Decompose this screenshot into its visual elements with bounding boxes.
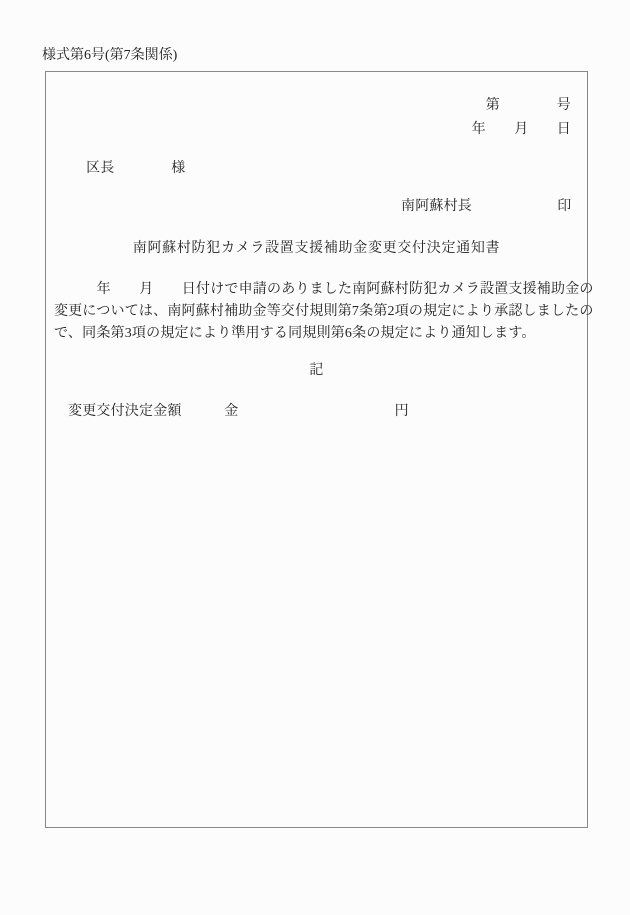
addressee-line: 区長 様 bbox=[86, 161, 185, 177]
document-title: 南阿蘇村防犯カメラ設置支援補助金変更交付決定通知書 bbox=[46, 241, 587, 257]
issuer-seal-line: 南阿蘇村長 印 bbox=[401, 199, 571, 215]
body-line-3: で、同条第3項の規定により準用する同規則第6条の規定により通知します。 bbox=[54, 323, 582, 345]
document-page: 様式第6号(第7条関係) 第 号 年 月 日 区長 様 南阿蘇村長 印 南阿蘇村… bbox=[0, 0, 630, 915]
body-paragraph: 年 月 日付けで申請のありました南阿蘇村防犯カメラ設置支援補助金の 変更について… bbox=[54, 279, 582, 345]
grant-amount-line: 変更交付決定金額 金 円 bbox=[68, 404, 409, 420]
document-frame: 第 号 年 月 日 区長 様 南阿蘇村長 印 南阿蘇村防犯カメラ設置支援補助金変… bbox=[45, 71, 588, 828]
body-line-2: 変更については、南阿蘇村補助金等交付規則第7条第2項の規定により承認しましたの bbox=[54, 301, 582, 323]
form-number-label: 様式第6号(第7条関係) bbox=[42, 48, 177, 64]
document-number-line: 第 号 bbox=[486, 98, 571, 114]
document-date-line: 年 月 日 bbox=[472, 122, 571, 138]
body-line-1: 年 月 日付けで申請のありました南阿蘇村防犯カメラ設置支援補助金の bbox=[54, 279, 582, 301]
record-marker: 記 bbox=[46, 363, 587, 379]
